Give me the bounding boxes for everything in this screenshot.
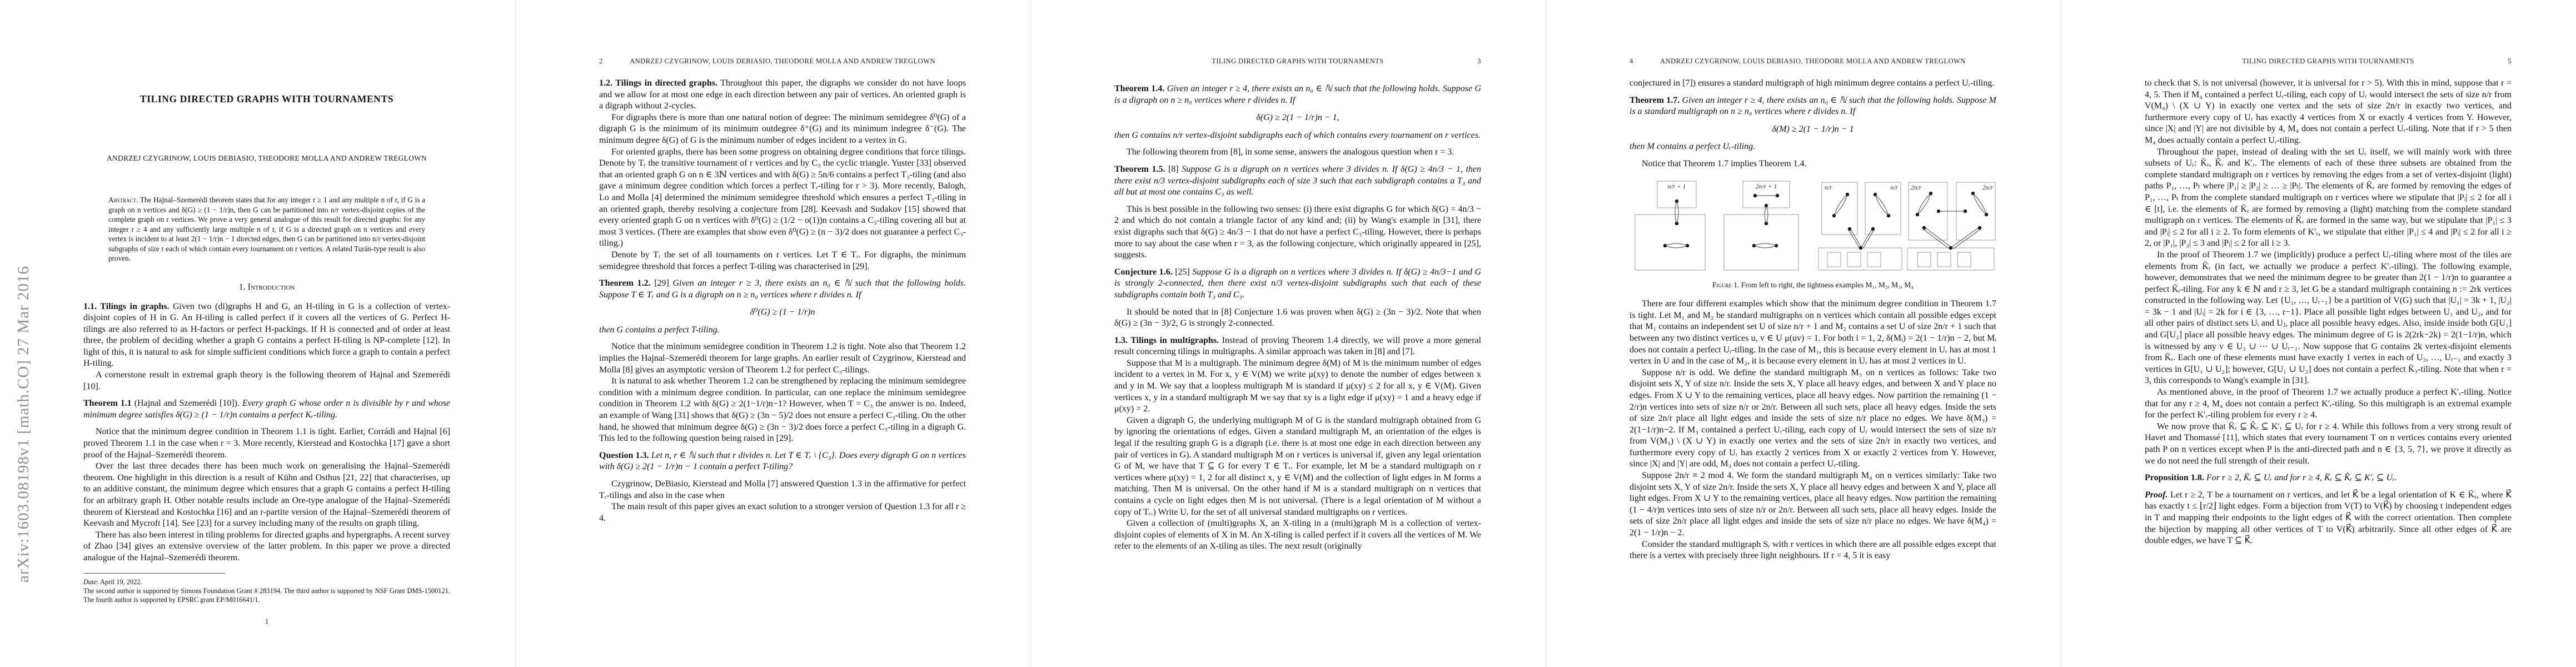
proposition-1-8-label: Proposition 1.8.	[2145, 473, 2204, 482]
equation-theorem-1-7: δ(M) ≥ 2(1 − 1/r)n − 1	[1630, 124, 1996, 136]
page-4-running-title: ANDRZEJ CZYGRINOW, LOUIS DEBIASIO, THEOD…	[1660, 57, 1966, 65]
question-1-3: Question 1.3. Let n, r ∈ ℕ such that r d…	[599, 450, 966, 473]
figure-m2: 2n/r + 1	[1724, 181, 1798, 270]
paragraph-best-possible: This is best possible in the following t…	[1114, 204, 1481, 261]
paragraph-implies: Notice that Theorem 1.7 implies Theorem …	[1630, 158, 1996, 170]
theorem-1-7-body: Given an integer r ≥ 4, there exists an …	[1630, 96, 1996, 117]
theorem-1-4-conclusion: then G contains n/r vertex-disjoint subd…	[1114, 130, 1481, 142]
theorem-1-4: Theorem 1.4. Given an integer r ≥ 4, the…	[1114, 83, 1481, 106]
proposition-1-8-body: For r ≥ 2, K̄ᵣ ⊆ Uᵣ and for r ≥ 4, K̄ᵣ ⊆…	[2206, 473, 2397, 482]
theorem-1-2-conclusion: then G contains a perfect T-tiling.	[599, 325, 966, 336]
paragraph-degree-notions: For digraphs there is more than one natu…	[599, 112, 966, 147]
paragraph-sr-check: to check that Sᵣ is not universal (howev…	[2145, 78, 2512, 147]
page-4: 4ANDRZEJ CZYGRINOW, LOUIS DEBIASIO, THEO…	[1546, 0, 2061, 667]
figure-1-caption-text: From left to right, the tightness exampl…	[1741, 281, 1914, 289]
paragraph-tiling-collection: Given a collection of (multi)graphs X, a…	[1114, 518, 1481, 552]
paper-title: TILING DIRECTED GRAPHS WITH TOURNAMENTS	[83, 93, 450, 105]
paragraph-proof-tiling-example: In the proof of Theorem 1.7 we (implicit…	[2145, 250, 2512, 387]
figure-label-m2: 2n/r + 1	[1756, 183, 1777, 190]
proof-body: Let r ≥ 2, T be a tournament on r vertic…	[2145, 490, 2512, 545]
subsection-1-2: 1.2. Tilings in directed graphs. Through…	[599, 78, 966, 112]
page-2-number: 2	[599, 57, 603, 66]
abstract-text: The Hajnal–Szemerédi theorem states that…	[108, 196, 425, 262]
page-1-number: 1	[83, 617, 450, 626]
theorem-1-7-label: Theorem 1.7.	[1630, 96, 1680, 105]
subsection-1-3: 1.3. Tilings in multigraphs. Instead of …	[1114, 335, 1481, 358]
paragraph-main-result: The main result of this paper gives an e…	[599, 501, 966, 524]
page-3-number: 3	[1477, 57, 1481, 66]
proposition-1-8: Proposition 1.8. For r ≥ 2, K̄ᵣ ⊆ Uᵣ and…	[2145, 472, 2512, 484]
theorem-1-1-source: (Hajnal and Szemerédi [10]).	[134, 399, 240, 408]
subsection-1-1: 1.1. Tilings in graphs. Given two (di)gr…	[83, 301, 450, 370]
paragraph-cornerstone: A cornerstone result in extremal graph t…	[83, 370, 450, 392]
proof-1-8: Proof. Let r ≥ 2, T be a tournament on r…	[2145, 490, 2512, 547]
theorem-1-2-ref: [29]	[654, 278, 669, 288]
footnote-date: Date: April 19, 2022.	[83, 578, 450, 586]
page-5-body: to check that Sᵣ is not universal (howev…	[2145, 78, 2512, 552]
theorem-1-2: Theorem 1.2. [29] Given an integer r ≥ 3…	[599, 278, 966, 301]
page-5-running-head: TILING DIRECTED GRAPHS WITH TOURNAMENTS5	[2145, 57, 2512, 66]
equation-theorem-1-4: δ(G) ≥ 2(1 − 1/r)n − 1,	[1114, 112, 1481, 124]
paragraph-conjectured: conjectured in [7]) ensures a standard m…	[1630, 78, 1996, 89]
paragraph-underlying-multigraph: Given a digraph G, the underlying multig…	[1114, 415, 1481, 518]
arxiv-watermark: arXiv:1603.08198v1 [math.CO] 27 Mar 2016	[14, 266, 33, 583]
page-3: TILING DIRECTED GRAPHS WITH TOURNAMENTS3…	[1030, 0, 1546, 667]
page-4-running-head: 4ANDRZEJ CZYGRINOW, LOUIS DEBIASIO, THEO…	[1630, 57, 1996, 66]
equation-theorem-1-2: δ⁰(G) ≥ (1 − 1/r)n	[599, 307, 966, 318]
page-5-running-title: TILING DIRECTED GRAPHS WITH TOURNAMENTS	[2242, 57, 2414, 65]
abstract: Abstract. The Hajnal–Szemerédi theorem s…	[108, 195, 425, 263]
paragraph-following-theorem: The following theorem from [8], in some …	[1114, 147, 1481, 158]
theorem-1-4-label: Theorem 1.4.	[1114, 84, 1164, 93]
theorem-1-5-ref: [8]	[1168, 165, 1179, 174]
page-5: TILING DIRECTED GRAPHS WITH TOURNAMENTS5…	[2061, 0, 2576, 667]
paragraph-tightness-1-2: Notice that the minimum semidegree condi…	[599, 341, 966, 376]
page-3-running-title: TILING DIRECTED GRAPHS WITH TOURNAMENTS	[1212, 57, 1383, 65]
paragraph-multigraph-defs: Suppose that M is a multigraph. The mini…	[1114, 358, 1481, 415]
paragraph-generalising: Over the last three decades there has be…	[83, 461, 450, 530]
conjecture-1-6-ref: [25]	[1175, 267, 1190, 277]
paragraph-natural-question: It is natural to ask whether Theorem 1.2…	[599, 376, 966, 445]
theorem-1-5: Theorem 1.5. [8] Suppose G is a digraph …	[1114, 164, 1481, 198]
subsection-1-1-label: 1.1. Tilings in graphs.	[83, 302, 169, 311]
paragraph-oriented-progress: For oriented graphs, there has been some…	[599, 147, 966, 250]
footnote-date-rest: : April 19, 2022.	[97, 578, 142, 586]
proof-label: Proof.	[2145, 490, 2168, 500]
figure-label-m3-left: n/r	[1825, 185, 1832, 191]
footnote-date-label: Date	[83, 578, 97, 586]
page-3-body: Theorem 1.4. Given an integer r ≥ 4, the…	[1114, 78, 1481, 552]
figure-label-m1: n/r + 1	[1668, 183, 1686, 190]
paper-spread: arXiv:1603.08198v1 [math.CO] 27 Mar 2016…	[0, 0, 2576, 667]
figure-label-m4-left: 2n/r	[1911, 185, 1922, 191]
theorem-1-5-label: Theorem 1.5.	[1114, 165, 1165, 174]
paragraph-as-mentioned: As mentioned above, in the proof of Theo…	[2145, 387, 2512, 421]
page-2-running-head: 2ANDRZEJ CZYGRINOW, LOUIS DEBIASIO, THEO…	[599, 57, 966, 66]
page-2-running-title: ANDRZEJ CZYGRINOW, LOUIS DEBIASIO, THEOD…	[630, 57, 935, 65]
page-1: TILING DIRECTED GRAPHS WITH TOURNAMENTS …	[0, 0, 515, 667]
paragraph-czygrinow-answer: Czygrinow, DeBiasio, Kierstead and Molla…	[599, 479, 966, 501]
paragraph-we-now-prove: We now prove that K̄ᵣ ⊆ K̂ᵣ ⊆ K′ᵣ ⊆ Uᵣ f…	[2145, 421, 2512, 467]
page-5-number: 5	[2508, 57, 2512, 66]
paragraph-m3-construction: Suppose n/r is odd. We define the standa…	[1630, 367, 1996, 470]
conjecture-1-6-label: Conjecture 1.6.	[1114, 267, 1173, 277]
theorem-1-4-body: Given an integer r ≥ 4, there exists an …	[1114, 84, 1481, 105]
question-1-3-label: Question 1.3.	[599, 451, 649, 460]
figure-m3: n/r n/r	[1818, 182, 1902, 270]
figure-m1: n/r + 1	[1635, 181, 1705, 270]
theorem-1-1-label: Theorem 1.1	[83, 399, 132, 408]
figure-label-m3-right: n/r	[1891, 185, 1899, 191]
figure-1-caption: Figure 1. From left to right, the tightn…	[1630, 280, 1996, 291]
section-heading-introduction: 1. Introduction	[83, 282, 450, 292]
page-1-body: TILING DIRECTED GRAPHS WITH TOURNAMENTS …	[83, 93, 450, 604]
paragraph-four-examples: There are four different examples which …	[1630, 298, 1996, 367]
figure-1: n/r + 1 2n/r + 1	[1630, 179, 1996, 291]
figure-1-caption-label: Figure 1.	[1712, 281, 1739, 289]
paragraph-sr-multigraph: Consider the standard multigraph Sᵣ with…	[1630, 539, 1996, 562]
page-4-number: 4	[1630, 57, 1633, 66]
figure-label-m4-right: 2n/r	[1982, 185, 1994, 191]
figure-m4: 2n/r 2n/r	[1907, 182, 1995, 270]
paragraph-denote-tournaments: Denote by Tᵣ the set of all tournaments …	[599, 250, 966, 272]
paragraph-noted-conjecture: It should be noted that in [8] Conjectur…	[1114, 307, 1481, 330]
abstract-label: Abstract.	[108, 196, 138, 204]
page-3-running-head: TILING DIRECTED GRAPHS WITH TOURNAMENTS3	[1114, 57, 1481, 66]
footnote-rule	[83, 573, 226, 574]
paragraph-directed-interest: There has also been interest in tiling p…	[83, 530, 450, 564]
page-4-body: conjectured in [7]) ensures a standard m…	[1630, 78, 1996, 562]
theorem-1-7-conclusion: then M contains a perfect Uᵣ-tiling.	[1630, 141, 1996, 153]
conjecture-1-6: Conjecture 1.6. [25] Suppose G is a digr…	[1114, 267, 1481, 301]
theorem-1-1: Theorem 1.1 (Hajnal and Szemerédi [10]).…	[83, 398, 450, 421]
paper-authors: ANDRZEJ CZYGRINOW, LOUIS DEBIASIO, THEOD…	[83, 154, 450, 163]
footnote-support: The second author is supported by Simons…	[83, 586, 450, 604]
figure-1-diagram: n/r + 1 2n/r + 1	[1630, 179, 1996, 272]
subsection-1-1-text: Given two (di)graphs H and G, an H-tilin…	[83, 302, 450, 369]
page-2-body: 1.2. Tilings in directed graphs. Through…	[599, 78, 966, 524]
subsection-1-3-label: 1.3. Tilings in multigraphs.	[1114, 336, 1219, 345]
page-2: 2ANDRZEJ CZYGRINOW, LOUIS DEBIASIO, THEO…	[515, 0, 1031, 667]
paragraph-notice: Notice that the minimum degree condition…	[83, 426, 450, 461]
theorem-1-2-label: Theorem 1.2.	[599, 278, 651, 288]
theorem-1-7: Theorem 1.7. Given an integer r ≥ 4, the…	[1630, 95, 1996, 118]
paragraph-three-subsets: Throughout the paper, instead of dealing…	[2145, 147, 2512, 250]
question-1-3-body: Let n, r ∈ ℕ such that r divides n. Let …	[599, 451, 966, 472]
paragraph-m4-construction: Suppose 2n/r ≡ 2 mod 4. We form the stan…	[1630, 470, 1996, 539]
subsection-1-2-label: 1.2. Tilings in directed graphs.	[599, 78, 718, 88]
